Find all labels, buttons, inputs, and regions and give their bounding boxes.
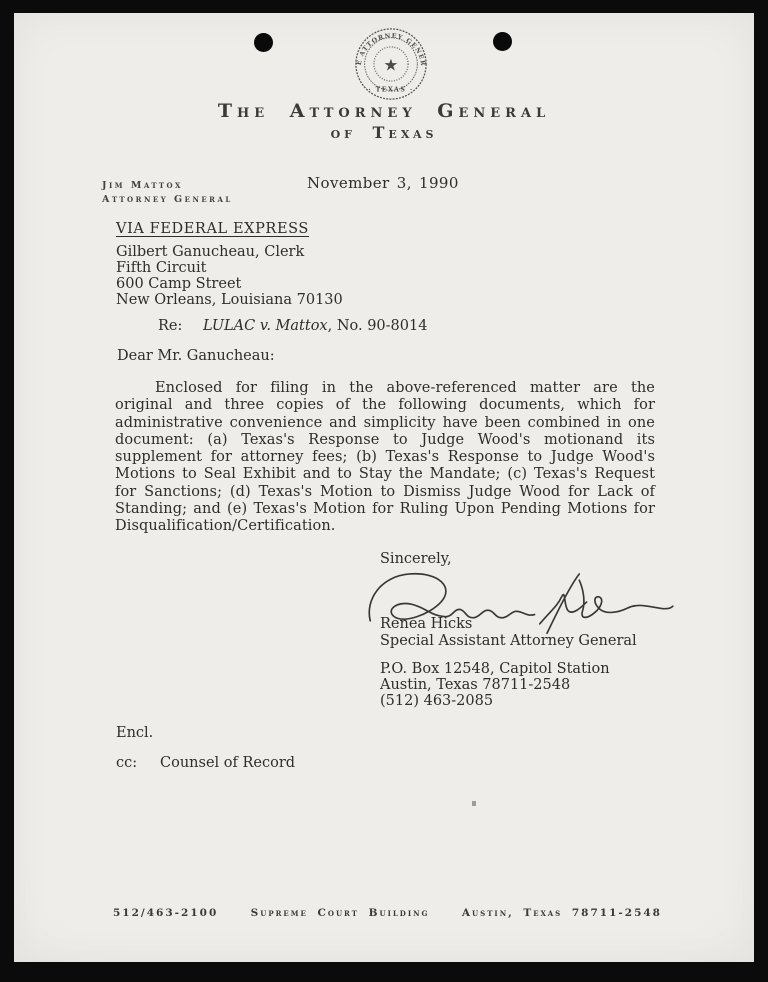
official-title: Attorney General bbox=[102, 193, 233, 207]
signer-title: Special Assistant Attorney General bbox=[380, 633, 637, 649]
footer-phone: 512/463-2100 bbox=[113, 907, 218, 919]
reference-case-name: LULAC v. Mattox bbox=[203, 318, 328, 334]
reference-label: Re: bbox=[158, 318, 203, 334]
reference-line: Re:LULAC v. Mattox, No. 90-8014 bbox=[158, 318, 427, 334]
delivery-method: VIA FEDERAL EXPRESS bbox=[116, 221, 309, 237]
cc-value: Counsel of Record bbox=[160, 755, 295, 771]
date-line: November 3, 1990 bbox=[307, 174, 459, 192]
cc-label: cc: bbox=[116, 755, 160, 771]
attorney-general-seal-icon: THE ATTORNEY GENERAL · TEXAS · ★ bbox=[352, 25, 430, 107]
body-paragraph: Enclosed for filing in the above-referen… bbox=[115, 380, 655, 536]
letter-page: THE ATTORNEY GENERAL · TEXAS · ★ The Att… bbox=[14, 13, 754, 962]
letterhead-title-line1: The Attorney General bbox=[14, 100, 754, 122]
letterhead-official-block: Jim Mattox Attorney General bbox=[102, 179, 233, 206]
seal-star-icon: ★ bbox=[384, 55, 399, 74]
reference-case-number: , No. 90-8014 bbox=[328, 318, 428, 334]
signer-name: Renea Hicks bbox=[380, 616, 472, 632]
enclosure-notation: Encl. bbox=[116, 725, 153, 741]
punch-hole-right bbox=[493, 32, 512, 51]
letterhead-title-line2: of Texas bbox=[14, 123, 754, 142]
footer-building: Supreme Court Building bbox=[251, 907, 430, 919]
recipient-address: Gilbert Ganucheau, ClerkFifth Circuit600… bbox=[116, 244, 343, 308]
punch-hole-left bbox=[254, 33, 273, 52]
letterhead-footer: 512/463-2100 Supreme Court Building Aust… bbox=[113, 907, 662, 919]
seal-bottom-text: · TEXAS · bbox=[368, 86, 413, 93]
footer-city: Austin, Texas 78711-2548 bbox=[462, 907, 662, 919]
official-name: Jim Mattox bbox=[102, 179, 233, 193]
scan-speck bbox=[472, 801, 476, 806]
salutation: Dear Mr. Ganucheau: bbox=[117, 348, 275, 364]
signer-address: P.O. Box 12548, Capitol StationAustin, T… bbox=[380, 661, 610, 710]
cc-notation: cc:Counsel of Record bbox=[116, 755, 295, 771]
